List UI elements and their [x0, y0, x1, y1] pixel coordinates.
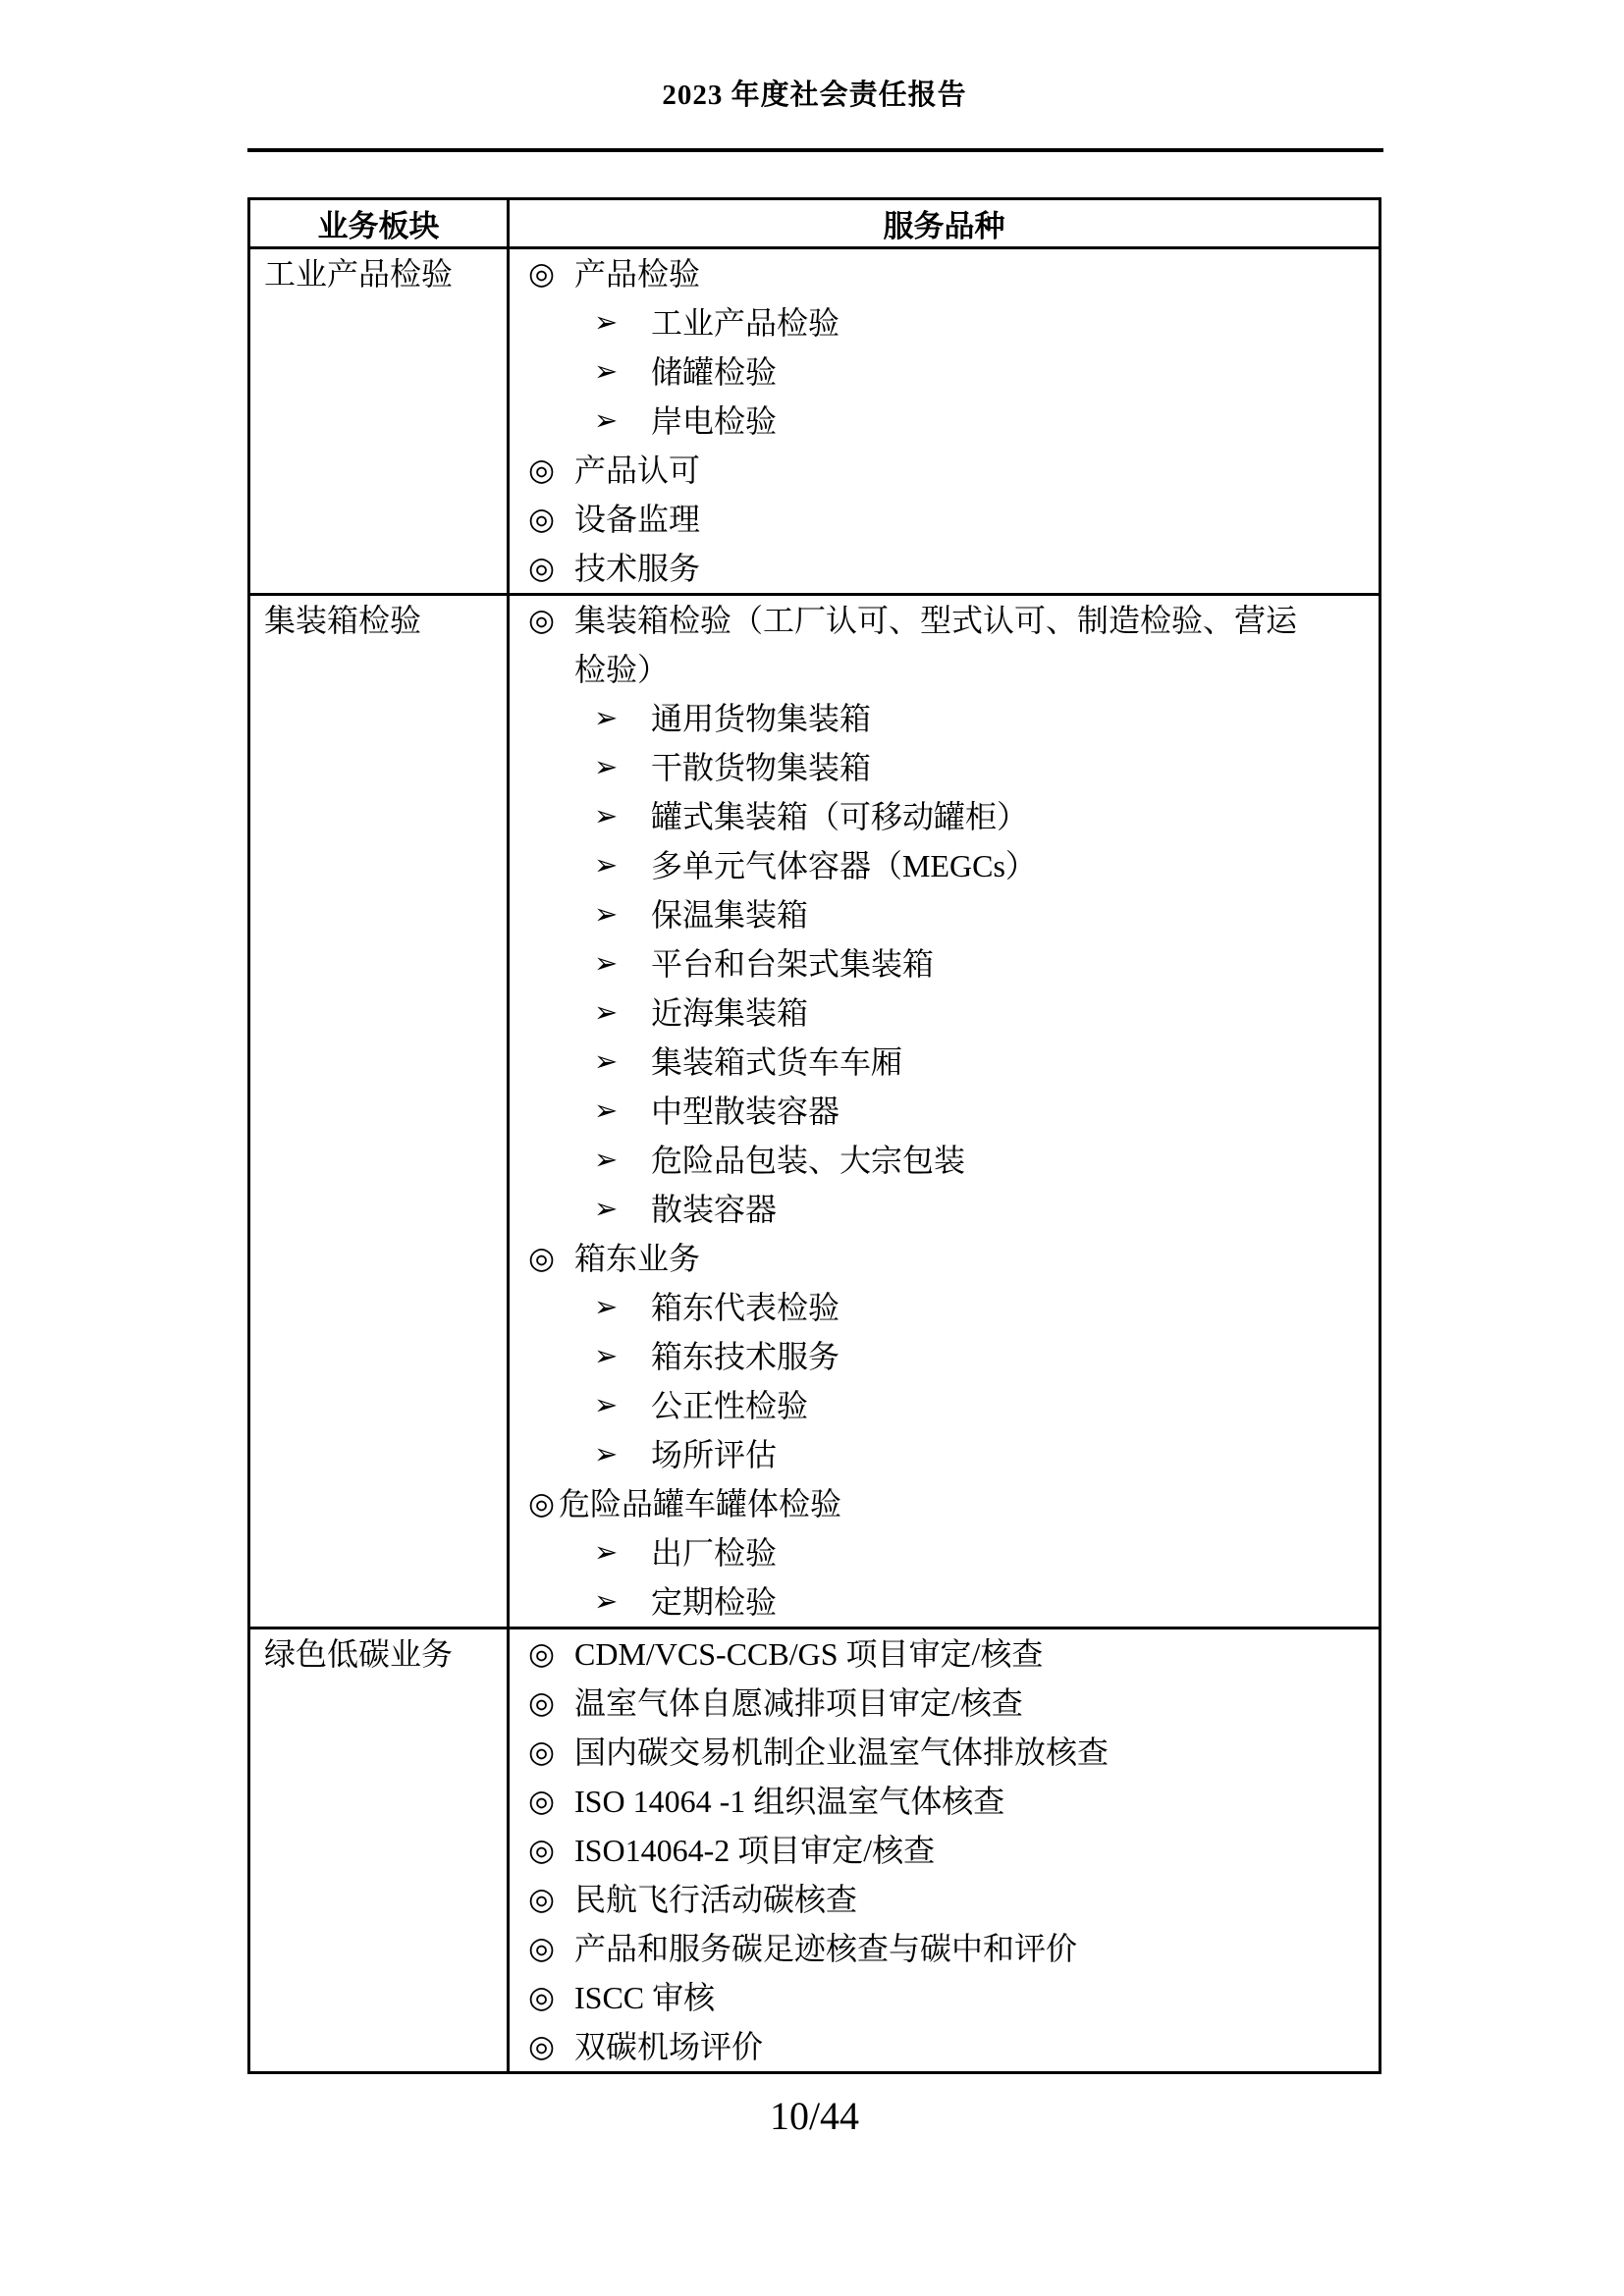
service-item: ◎国内碳交易机制企业温室气体排放核查	[510, 1728, 1371, 1777]
arrow-bullet-icon: ➢	[594, 841, 651, 890]
service-text: 近海集装箱	[651, 988, 808, 1038]
table-row: 工业产品检验◎产品检验➢工业产品检验➢储罐检验➢岸电检验◎产品认可◎设备监理◎技…	[250, 246, 1379, 593]
service-item: ◎箱东业务	[510, 1234, 1371, 1283]
service-text: 公正性检验	[651, 1381, 808, 1430]
arrow-bullet-icon: ➢	[594, 1038, 651, 1087]
bullseye-bullet-icon: ◎	[528, 596, 574, 645]
arrow-bullet-icon: ➢	[594, 1577, 651, 1627]
service-text: 箱东技术服务	[651, 1332, 839, 1381]
service-text: 集装箱检验（工厂认可、型式认可、制造检验、营运检验）	[574, 596, 1323, 694]
table-header-row: 业务板块 服务品种	[250, 200, 1379, 246]
service-subitem: ➢干散货物集装箱	[510, 743, 1371, 792]
service-subitem: ➢多单元气体容器（MEGCs）	[510, 841, 1371, 890]
service-text: 岸电检验	[651, 397, 777, 446]
bullseye-bullet-icon: ◎	[528, 544, 574, 593]
service-text: 罐式集装箱（可移动罐柜）	[651, 792, 1028, 841]
service-text: 双碳机场评价	[574, 2022, 763, 2071]
service-item: ◎产品认可	[510, 446, 1371, 495]
arrow-bullet-icon: ➢	[594, 1430, 651, 1479]
table-body: 工业产品检验◎产品检验➢工业产品检验➢储罐检验➢岸电检验◎产品认可◎设备监理◎技…	[250, 246, 1379, 2071]
service-item: ◎集装箱检验（工厂认可、型式认可、制造检验、营运检验）	[510, 596, 1371, 694]
service-subitem: ➢保温集装箱	[510, 890, 1371, 939]
service-text: 散装容器	[651, 1185, 777, 1234]
service-list: ◎CDM/VCS-CCB/GS 项目审定/核查◎温室气体自愿减排项目审定/核查◎…	[510, 1629, 1379, 2071]
column-header-business-segment: 业务板块	[250, 200, 510, 246]
service-text: 箱东业务	[574, 1234, 700, 1283]
arrow-bullet-icon: ➢	[594, 890, 651, 939]
service-text: 干散货物集装箱	[651, 743, 871, 792]
bullseye-bullet-icon: ◎	[528, 1875, 574, 1924]
service-item: ◎产品和服务碳足迹核查与碳中和评价	[510, 1924, 1371, 1973]
bullseye-bullet-icon: ◎	[528, 1973, 574, 2022]
service-item: ◎CDM/VCS-CCB/GS 项目审定/核查	[510, 1629, 1371, 1679]
services-table: 业务板块 服务品种 工业产品检验◎产品检验➢工业产品检验➢储罐检验➢岸电检验◎产…	[247, 197, 1381, 2074]
arrow-bullet-icon: ➢	[594, 1283, 651, 1332]
service-item: ◎双碳机场评价	[510, 2022, 1371, 2071]
header-rule-divider	[247, 148, 1383, 152]
arrow-bullet-icon: ➢	[594, 397, 651, 446]
service-subitem: ➢平台和台架式集装箱	[510, 939, 1371, 988]
arrow-bullet-icon: ➢	[594, 694, 651, 743]
document-page: 2023 年度社会责任报告 业务板块 服务品种 工业产品检验◎产品检验➢工业产品…	[0, 0, 1624, 2296]
service-text: 出厂检验	[651, 1528, 777, 1577]
service-subitem: ➢场所评估	[510, 1430, 1371, 1479]
arrow-bullet-icon: ➢	[594, 1381, 651, 1430]
service-text: ISCC 审核	[574, 1973, 715, 2022]
service-text: 产品认可	[574, 446, 700, 495]
table-row: 绿色低碳业务◎CDM/VCS-CCB/GS 项目审定/核查◎温室气体自愿减排项目…	[250, 1627, 1379, 2071]
service-text: 产品和服务碳足迹核查与碳中和评价	[574, 1924, 1077, 1973]
service-text: 工业产品检验	[651, 298, 839, 347]
arrow-bullet-icon: ➢	[594, 1087, 651, 1136]
arrow-bullet-icon: ➢	[594, 792, 651, 841]
service-text: 保温集装箱	[651, 890, 808, 939]
bullseye-bullet-icon: ◎	[528, 1924, 574, 1973]
service-subitem: ➢散装容器	[510, 1185, 1371, 1234]
service-item: ◎产品检验	[510, 249, 1371, 298]
service-text: CDM/VCS-CCB/GS 项目审定/核查	[574, 1629, 1043, 1679]
service-text: 中型散装容器	[651, 1087, 839, 1136]
page-number: 10/44	[247, 2092, 1381, 2141]
bullseye-bullet-icon: ◎	[528, 446, 574, 495]
service-item: ◎设备监理	[510, 495, 1371, 544]
business-segment-label: 集装箱检验	[250, 596, 510, 1627]
service-text: 通用货物集装箱	[651, 694, 871, 743]
service-subitem: ➢罐式集装箱（可移动罐柜）	[510, 792, 1371, 841]
arrow-bullet-icon: ➢	[594, 1185, 651, 1234]
column-header-service-type: 服务品种	[510, 200, 1379, 246]
bullseye-bullet-icon: ◎	[528, 249, 574, 298]
service-text: 平台和台架式集装箱	[651, 939, 934, 988]
arrow-bullet-icon: ➢	[594, 1332, 651, 1381]
service-text: ISO14064-2 项目审定/核查	[574, 1826, 935, 1875]
service-item: ◎ISO14064-2 项目审定/核查	[510, 1826, 1371, 1875]
service-text: 箱东代表检验	[651, 1283, 839, 1332]
service-text: ISO 14064 -1 组织温室气体核查	[574, 1777, 1004, 1826]
service-subitem: ➢储罐检验	[510, 347, 1371, 397]
business-segment-label: 工业产品检验	[250, 249, 510, 593]
service-subitem: ➢岸电检验	[510, 397, 1371, 446]
bullseye-bullet-icon: ◎	[528, 1826, 574, 1875]
service-text: 危险品包装、大宗包装	[651, 1136, 965, 1185]
bullseye-bullet-icon: ◎	[528, 1728, 574, 1777]
service-text: 设备监理	[574, 495, 700, 544]
service-text: 多单元气体容器（MEGCs）	[651, 841, 1037, 890]
service-subitem: ➢近海集装箱	[510, 988, 1371, 1038]
service-text: 储罐检验	[651, 347, 777, 397]
service-subitem: ➢通用货物集装箱	[510, 694, 1371, 743]
service-subitem: ➢集装箱式货车车厢	[510, 1038, 1371, 1087]
service-text: 技术服务	[574, 544, 700, 593]
service-list: ◎产品检验➢工业产品检验➢储罐检验➢岸电检验◎产品认可◎设备监理◎技术服务	[510, 249, 1379, 593]
service-subitem: ➢中型散装容器	[510, 1087, 1371, 1136]
arrow-bullet-icon: ➢	[594, 347, 651, 397]
service-item: ◎ISCC 审核	[510, 1973, 1371, 2022]
arrow-bullet-icon: ➢	[594, 1528, 651, 1577]
service-subitem: ➢定期检验	[510, 1577, 1371, 1627]
service-subitem: ➢公正性检验	[510, 1381, 1371, 1430]
service-subitem: ➢箱东技术服务	[510, 1332, 1371, 1381]
service-text: 场所评估	[651, 1430, 777, 1479]
bullseye-bullet-icon: ◎	[528, 495, 574, 544]
service-subitem: ➢箱东代表检验	[510, 1283, 1371, 1332]
service-subitem: ➢危险品包装、大宗包装	[510, 1136, 1371, 1185]
service-item: ◎ISO 14064 -1 组织温室气体核查	[510, 1777, 1371, 1826]
table-row: 集装箱检验◎集装箱检验（工厂认可、型式认可、制造检验、营运检验）➢通用货物集装箱…	[250, 593, 1379, 1627]
service-text: 产品检验	[574, 249, 700, 298]
service-subitem: ➢出厂检验	[510, 1528, 1371, 1577]
service-text: 国内碳交易机制企业温室气体排放核查	[574, 1728, 1109, 1777]
arrow-bullet-icon: ➢	[594, 1136, 651, 1185]
bullseye-bullet-icon: ◎	[528, 1777, 574, 1826]
report-header-title: 2023 年度社会责任报告	[247, 73, 1381, 113]
service-text: 定期检验	[651, 1577, 777, 1627]
service-text: 民航飞行活动碳核查	[574, 1875, 857, 1924]
bullseye-bullet-icon: ◎	[528, 1479, 559, 1528]
arrow-bullet-icon: ➢	[594, 743, 651, 792]
service-subitem: ➢工业产品检验	[510, 298, 1371, 347]
service-list: ◎集装箱检验（工厂认可、型式认可、制造检验、营运检验）➢通用货物集装箱➢干散货物…	[510, 596, 1379, 1627]
arrow-bullet-icon: ➢	[594, 939, 651, 988]
bullseye-bullet-icon: ◎	[528, 1629, 574, 1679]
service-item: ◎民航飞行活动碳核查	[510, 1875, 1371, 1924]
arrow-bullet-icon: ➢	[594, 298, 651, 347]
arrow-bullet-icon: ➢	[594, 988, 651, 1038]
service-text: 温室气体自愿减排项目审定/核查	[574, 1679, 1023, 1728]
business-segment-label: 绿色低碳业务	[250, 1629, 510, 2071]
service-item: ◎温室气体自愿减排项目审定/核查	[510, 1679, 1371, 1728]
service-item: ◎技术服务	[510, 544, 1371, 593]
bullseye-bullet-icon: ◎	[528, 1234, 574, 1283]
service-text: 危险品罐车罐体检验	[559, 1479, 841, 1528]
service-text: 集装箱式货车车厢	[651, 1038, 902, 1087]
bullseye-bullet-icon: ◎	[528, 1679, 574, 1728]
bullseye-bullet-icon: ◎	[528, 2022, 574, 2071]
service-item: ◎危险品罐车罐体检验	[510, 1479, 1371, 1528]
